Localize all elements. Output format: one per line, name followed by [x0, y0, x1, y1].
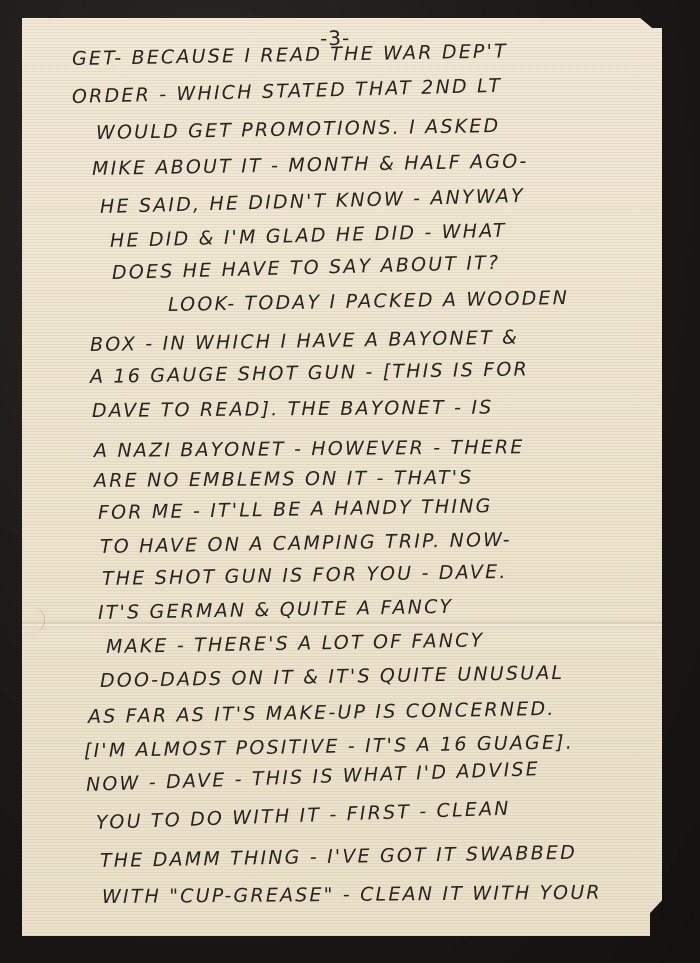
text-line: would get promotions. I asked: [96, 115, 501, 144]
text-line: as far as it's make-up is concerned.: [88, 698, 556, 728]
text-line: with "cup-grease" - clean it with your: [102, 882, 602, 908]
text-line: box - in which I have a bayonet &: [90, 327, 519, 356]
text-line: he did & I'm glad he did - What: [110, 220, 507, 252]
text-line: for me - It'll be a handy thing: [98, 495, 493, 524]
text-line: order - which stated that 2nd Lt: [72, 75, 503, 108]
text-line: Now - Dave - this is what I'd advise: [86, 758, 541, 796]
text-line: Look- today I packed a wooden: [168, 287, 569, 316]
text-line: he said, he didn't know - Anyway: [100, 185, 525, 218]
text-line: a Nazi bayonet - however - there: [94, 436, 525, 462]
text-line: the damm thing - I've got it swabbed: [100, 842, 577, 872]
text-line: a 16 gauge shot gun - [This is for: [90, 358, 529, 388]
text-line: [I'm almost positive - it's a 16 guage].: [84, 731, 574, 762]
text-line: does he have to say about it?: [112, 252, 501, 284]
text-line: to have on a camping trip. Now-: [100, 529, 512, 558]
text-line: doo-dads on it & it's quite unusual: [100, 662, 565, 692]
text-line: the shot gun is for you - Dave.: [102, 561, 508, 590]
text-line: Mike about it - month & half ago-: [92, 150, 529, 180]
text-line: make - there's a lot of fancy: [106, 629, 485, 658]
handwritten-text-body: Get- because I read the War Dep't order …: [0, 0, 700, 963]
text-line: are no emblems on it - that's: [94, 467, 474, 492]
text-line: It's German & quite a fancy: [98, 596, 454, 624]
text-line: Dave to read]. The bayonet - is: [92, 396, 494, 422]
text-line: you to do with it - First - clean: [96, 798, 511, 834]
text-line: Get- because I read the War Dep't: [72, 40, 508, 70]
